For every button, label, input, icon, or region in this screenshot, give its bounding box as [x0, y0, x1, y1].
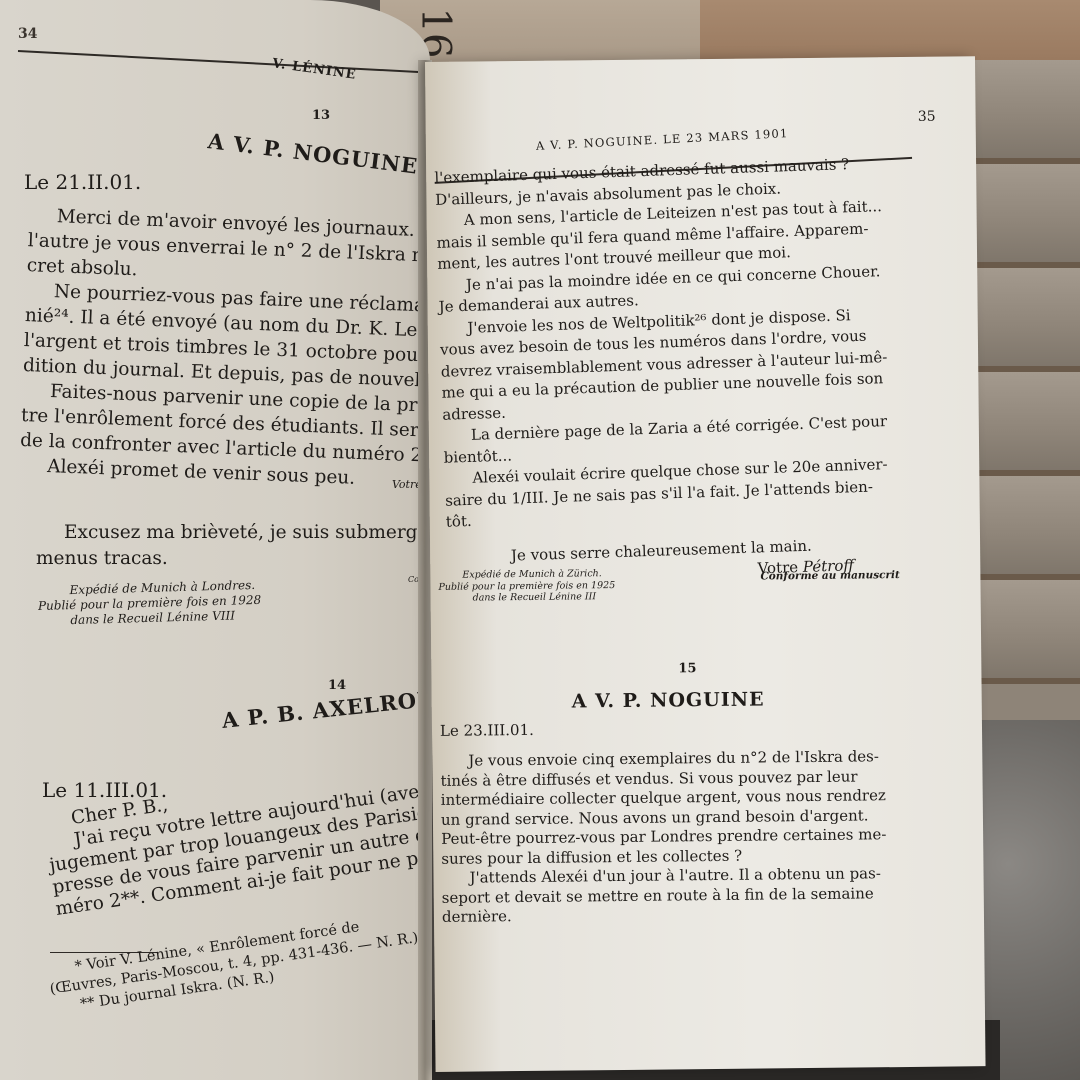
book-spine — [975, 60, 1080, 164]
book-spine — [975, 268, 1080, 372]
stacked-books — [975, 60, 1080, 720]
letter-number: 15 — [678, 661, 696, 676]
closing-text: Excusez ma brièveté, je suis submergé pa… — [36, 520, 430, 572]
running-head: V. LÉNINE — [271, 56, 357, 83]
header-rule — [18, 50, 428, 73]
book-spine — [975, 580, 1080, 684]
letter-number: 14 — [328, 678, 346, 693]
text-line: menus tracas. — [36, 546, 430, 572]
publication-note: Expédié de Munich à Zürich. Publié pour … — [438, 568, 615, 604]
letter-title: A V. P. NOGUINE — [206, 128, 419, 179]
letter-title: A P. B. AXELROD — [221, 686, 430, 733]
page-number: 34 — [18, 26, 37, 42]
text-line: Excusez ma brièveté, je suis submergé pa… — [36, 520, 430, 546]
footnotes: * Voir V. Lénine, « Enrôlement forcé de … — [46, 910, 422, 1018]
conforme-note: Conforme au manuscrit — [760, 569, 900, 582]
book-spine — [975, 476, 1080, 580]
letter-number: 13 — [312, 108, 330, 123]
running-head: A V. P. NOGUINE. LE 23 MARS 1901 — [536, 126, 789, 153]
text-line: dans le Recueil Lénine III — [439, 591, 616, 604]
letter-date: Le 23.III.01. — [440, 721, 534, 740]
left-page: 34 V. LÉNINE 13 A V. P. NOGUINE Le 21.II… — [0, 0, 430, 1080]
publication-note: Expédié de Munich à Londres. Publié pour… — [37, 578, 261, 629]
right-page: 35 A V. P. NOGUINE. LE 23 MARS 1901 l'ex… — [425, 56, 986, 1072]
letter-body: Merci de m'avoir envoyé les journaux. D'… — [19, 203, 430, 495]
letter-date: Le 21.II.01. — [24, 170, 141, 194]
letter-body: Je vous envoie cinq exemplaires du n°2 d… — [440, 747, 887, 927]
book-spine — [975, 164, 1080, 268]
letter-body: l'exemplaire qui vous était adressé fut … — [434, 153, 894, 590]
text-line: dernière. — [442, 903, 887, 927]
book-spine — [700, 0, 1080, 64]
letter-title: A V. P. NOGUINE — [572, 688, 765, 712]
page-number: 35 — [918, 109, 936, 125]
book-spine — [975, 372, 1080, 476]
